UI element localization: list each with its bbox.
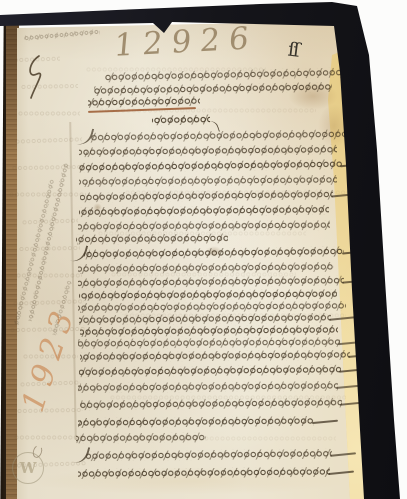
line-end-dash — [328, 471, 354, 475]
handwriting-line — [86, 449, 332, 462]
handwriting-line — [79, 175, 337, 187]
watermark-circle: W — [12, 452, 44, 484]
heading-word — [152, 114, 210, 125]
handwriting-line — [78, 416, 314, 428]
handwriting-line — [79, 159, 342, 173]
bleedthrough-line — [110, 394, 346, 401]
handwriting-line — [79, 289, 337, 301]
bleedthrough-line — [86, 66, 266, 73]
bleedthrough-line — [22, 217, 78, 226]
bleedthrough-line — [15, 136, 82, 145]
bleedthrough-line — [12, 163, 84, 171]
paraph-flourish-icon — [24, 54, 50, 104]
bleedthrough-line — [97, 353, 296, 360]
watermark-letter: W — [20, 459, 37, 477]
handwriting-line — [79, 205, 329, 218]
bleedthrough-line — [112, 148, 306, 155]
bleedthrough-line — [124, 312, 346, 319]
bleedthrough-line — [111, 271, 296, 278]
line-end-dash — [330, 452, 356, 457]
line-end-dash — [312, 420, 338, 424]
bleedthrough-line — [16, 272, 82, 279]
handwriting-line — [80, 325, 338, 337]
bleedthrough-line — [18, 110, 80, 117]
lot-number: 12926 — [113, 20, 260, 64]
bleedthrough-line — [123, 435, 336, 442]
corner-inscription — [24, 29, 100, 42]
handwriting-line — [78, 337, 340, 349]
handwriting-line — [84, 246, 344, 259]
bleedthrough-line — [125, 189, 356, 196]
bleedthrough-line — [98, 230, 306, 237]
manuscript-photo: 12926 ſſ 1923 W — [0, 0, 407, 499]
bleedthrough-line — [19, 244, 80, 252]
handwriting-line — [78, 467, 330, 479]
handwriting-line — [79, 365, 341, 378]
handwriting-line — [94, 82, 332, 96]
handwriting-line — [78, 381, 338, 393]
bleedthrough-line — [9, 191, 86, 198]
